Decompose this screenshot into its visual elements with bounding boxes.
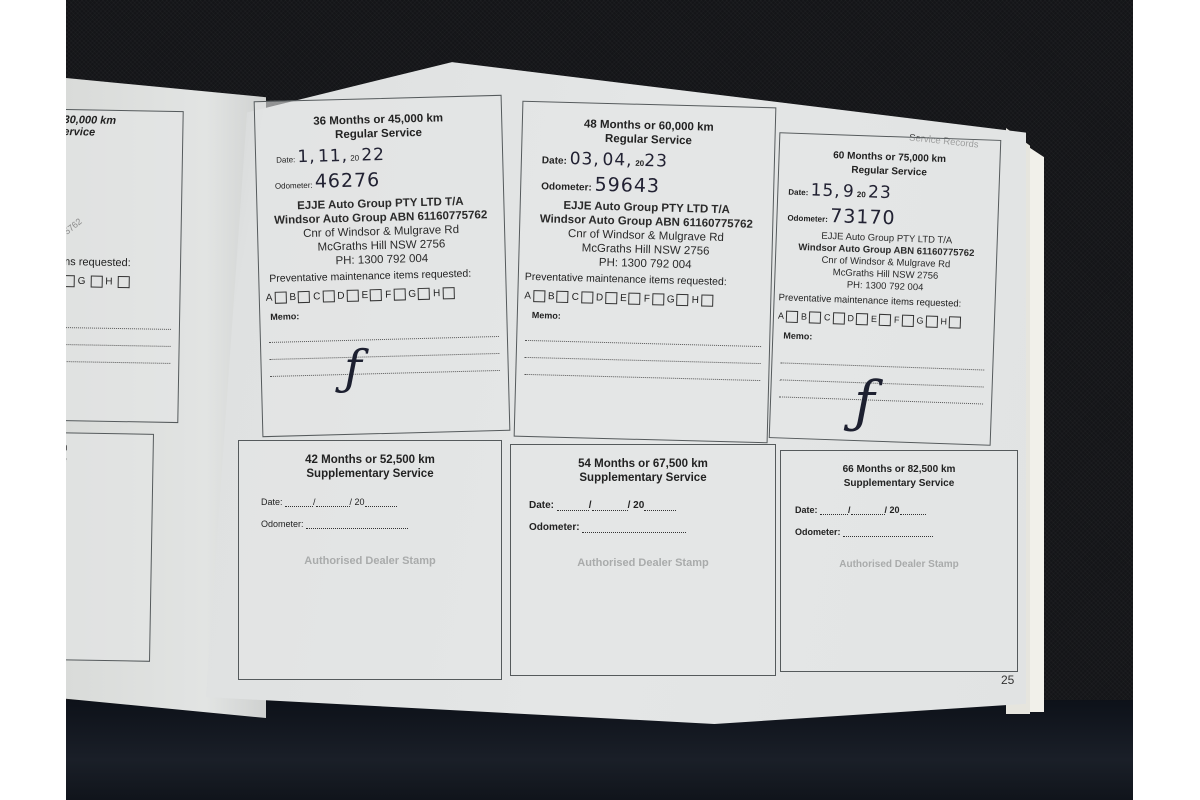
checkbox-label: D [337, 291, 345, 302]
checkbox-g[interactable] [925, 315, 937, 327]
date-field[interactable]: Date: 1, 11, 20 22 [276, 142, 502, 168]
service-title: 66 Months or 82,500 km [781, 463, 1017, 477]
checkbox-label: E [871, 314, 877, 324]
checkbox-label: G [916, 315, 923, 325]
block-subtitle: ervice [66, 126, 182, 140]
checkbox-row: ABCDEFGH [266, 286, 506, 304]
regular-service-48: 48 Months or 60,000 km Regular Service D… [514, 101, 777, 444]
abn-fragment: 5762 [66, 210, 92, 237]
checkbox-f[interactable] [901, 315, 913, 327]
checkbox[interactable] [66, 275, 75, 287]
checkbox-a[interactable] [533, 290, 545, 302]
odometer-field[interactable]: Odometer: [795, 525, 1017, 537]
dealer-stamp: EJJE Auto Group PTY LTD T/A Windsor Auto… [257, 194, 505, 270]
dealer-stamp: EJJE Auto Group PTY LTD T/A Windsor Auto… [775, 229, 997, 297]
checkbox-b[interactable] [809, 311, 821, 323]
odometer-field[interactable]: Odometer: [529, 521, 775, 533]
block-subtitle: e [66, 453, 153, 467]
checkbox[interactable] [90, 276, 102, 288]
memo-label: Memo: [532, 310, 770, 326]
checkbox-d[interactable] [346, 290, 358, 302]
supplementary-service-66: 66 Months or 82,500 km Supplementary Ser… [780, 450, 1018, 672]
checkbox-label: D [596, 292, 604, 303]
checkbox-row: ABCDEFGH [524, 290, 770, 308]
service-title: 54 Months or 67,500 km [511, 457, 775, 471]
memo-line [66, 311, 171, 330]
checkbox-c[interactable] [322, 290, 334, 302]
stamp-label: Authorised Dealer Stamp [781, 559, 1017, 570]
checkbox-label: H [940, 316, 947, 326]
checkbox-g[interactable] [418, 288, 430, 300]
service-subtitle: Supplementary Service [781, 477, 1017, 491]
service-block-partial: n e [66, 432, 154, 662]
checkbox-label: D [847, 313, 854, 323]
checkbox-label: F [644, 294, 650, 305]
checkbox-row: ABCDEFGH [778, 310, 994, 330]
checkbox-label: G [408, 289, 416, 300]
signature: ƒ [344, 340, 362, 396]
date-field[interactable]: Date: // 20 [529, 499, 775, 511]
checkbox-e[interactable] [629, 293, 641, 305]
checkbox-g[interactable] [677, 294, 689, 306]
regular-service-60: 60 Months or 75,000 km Regular Service D… [769, 132, 1002, 446]
checkbox-label: E [361, 290, 368, 301]
checkbox-label: F [385, 289, 391, 300]
checkbox-label: H [692, 295, 700, 306]
checkbox-d[interactable] [856, 313, 868, 325]
odometer-field[interactable]: Odometer: 46276 [274, 166, 502, 194]
checkbox-label: E [620, 293, 627, 304]
checkbox-label: B [548, 291, 555, 302]
date-field[interactable]: Date: // 20 [795, 503, 1017, 515]
checkbox-a[interactable] [274, 292, 286, 304]
dealer-stamp: EJJE Auto Group PTY LTD T/A Windsor Auto… [519, 198, 773, 275]
checkbox-label: A [266, 293, 273, 304]
stamp-label: Authorised Dealer Stamp [511, 557, 775, 569]
supplementary-service-42: 42 Months or 52,500 km Supplementary Ser… [238, 440, 502, 680]
odometer-field[interactable]: Odometer: [261, 517, 501, 529]
checkbox-label: G [667, 294, 675, 305]
checkbox-b[interactable] [557, 291, 569, 303]
checkbox-a[interactable] [786, 311, 798, 323]
service-subtitle: Supplementary Service [511, 471, 775, 485]
checkbox-f[interactable] [652, 293, 664, 305]
odometer-field[interactable]: Odometer: 59643 [541, 172, 773, 200]
checkbox-c[interactable] [581, 291, 593, 303]
checkbox-label: C [313, 291, 321, 302]
memo-line [66, 345, 171, 364]
regular-service-36: 36 Months or 45,000 km Regular Service D… [254, 95, 511, 437]
service-block-partial: 30,000 km ervice 5762 ms requested: G H [66, 109, 184, 423]
checkbox-label: A [778, 311, 784, 321]
checkbox[interactable] [117, 276, 129, 288]
memo-label: Memo: [270, 306, 506, 322]
supplementary-service-54: 54 Months or 67,500 km Supplementary Ser… [510, 444, 776, 676]
service-book-photo: 30,000 km ervice 5762 ms requested: G H … [66, 0, 1133, 800]
date-field[interactable]: Date: 03, 04, 2023 [542, 148, 774, 174]
date-field[interactable]: Date: // 20 [261, 495, 501, 507]
service-title: 42 Months or 52,500 km [239, 453, 501, 467]
preventative-label: Preventative maintenance items requested… [525, 271, 771, 289]
memo-line [66, 328, 171, 347]
checkbox-label: H [433, 288, 441, 299]
date-field[interactable]: Date: 15, 9 20 23 [788, 180, 999, 207]
checkbox-h[interactable] [949, 316, 961, 328]
checkbox-label: B [289, 292, 296, 303]
checkbox-h[interactable] [442, 287, 454, 299]
checkbox-row: G H [66, 275, 180, 289]
checkbox-e[interactable] [879, 314, 891, 326]
checkbox-e[interactable] [370, 289, 382, 301]
checkbox-label: A [524, 290, 531, 301]
checkbox-label: C [572, 292, 580, 303]
stamp-label: Authorised Dealer Stamp [239, 555, 501, 567]
checkbox-label: B [801, 311, 807, 321]
odometer-field[interactable]: Odometer: 73170 [787, 204, 998, 233]
checkbox-label: C [824, 312, 831, 322]
signature: ƒ [854, 370, 875, 435]
checkbox-b[interactable] [298, 291, 310, 303]
checkbox-h[interactable] [701, 294, 713, 306]
checkbox-f[interactable] [393, 288, 405, 300]
preventative-label: Preventative maintenance items requested… [269, 267, 505, 285]
service-subtitle: Supplementary Service [239, 467, 501, 481]
preventative-label: ms requested: [66, 256, 180, 270]
checkbox-d[interactable] [605, 292, 617, 304]
page-number: 25 [1001, 673, 1014, 687]
memo-label: Memo: [783, 330, 993, 347]
checkbox-label: F [894, 315, 900, 325]
checkbox-c[interactable] [832, 312, 844, 324]
